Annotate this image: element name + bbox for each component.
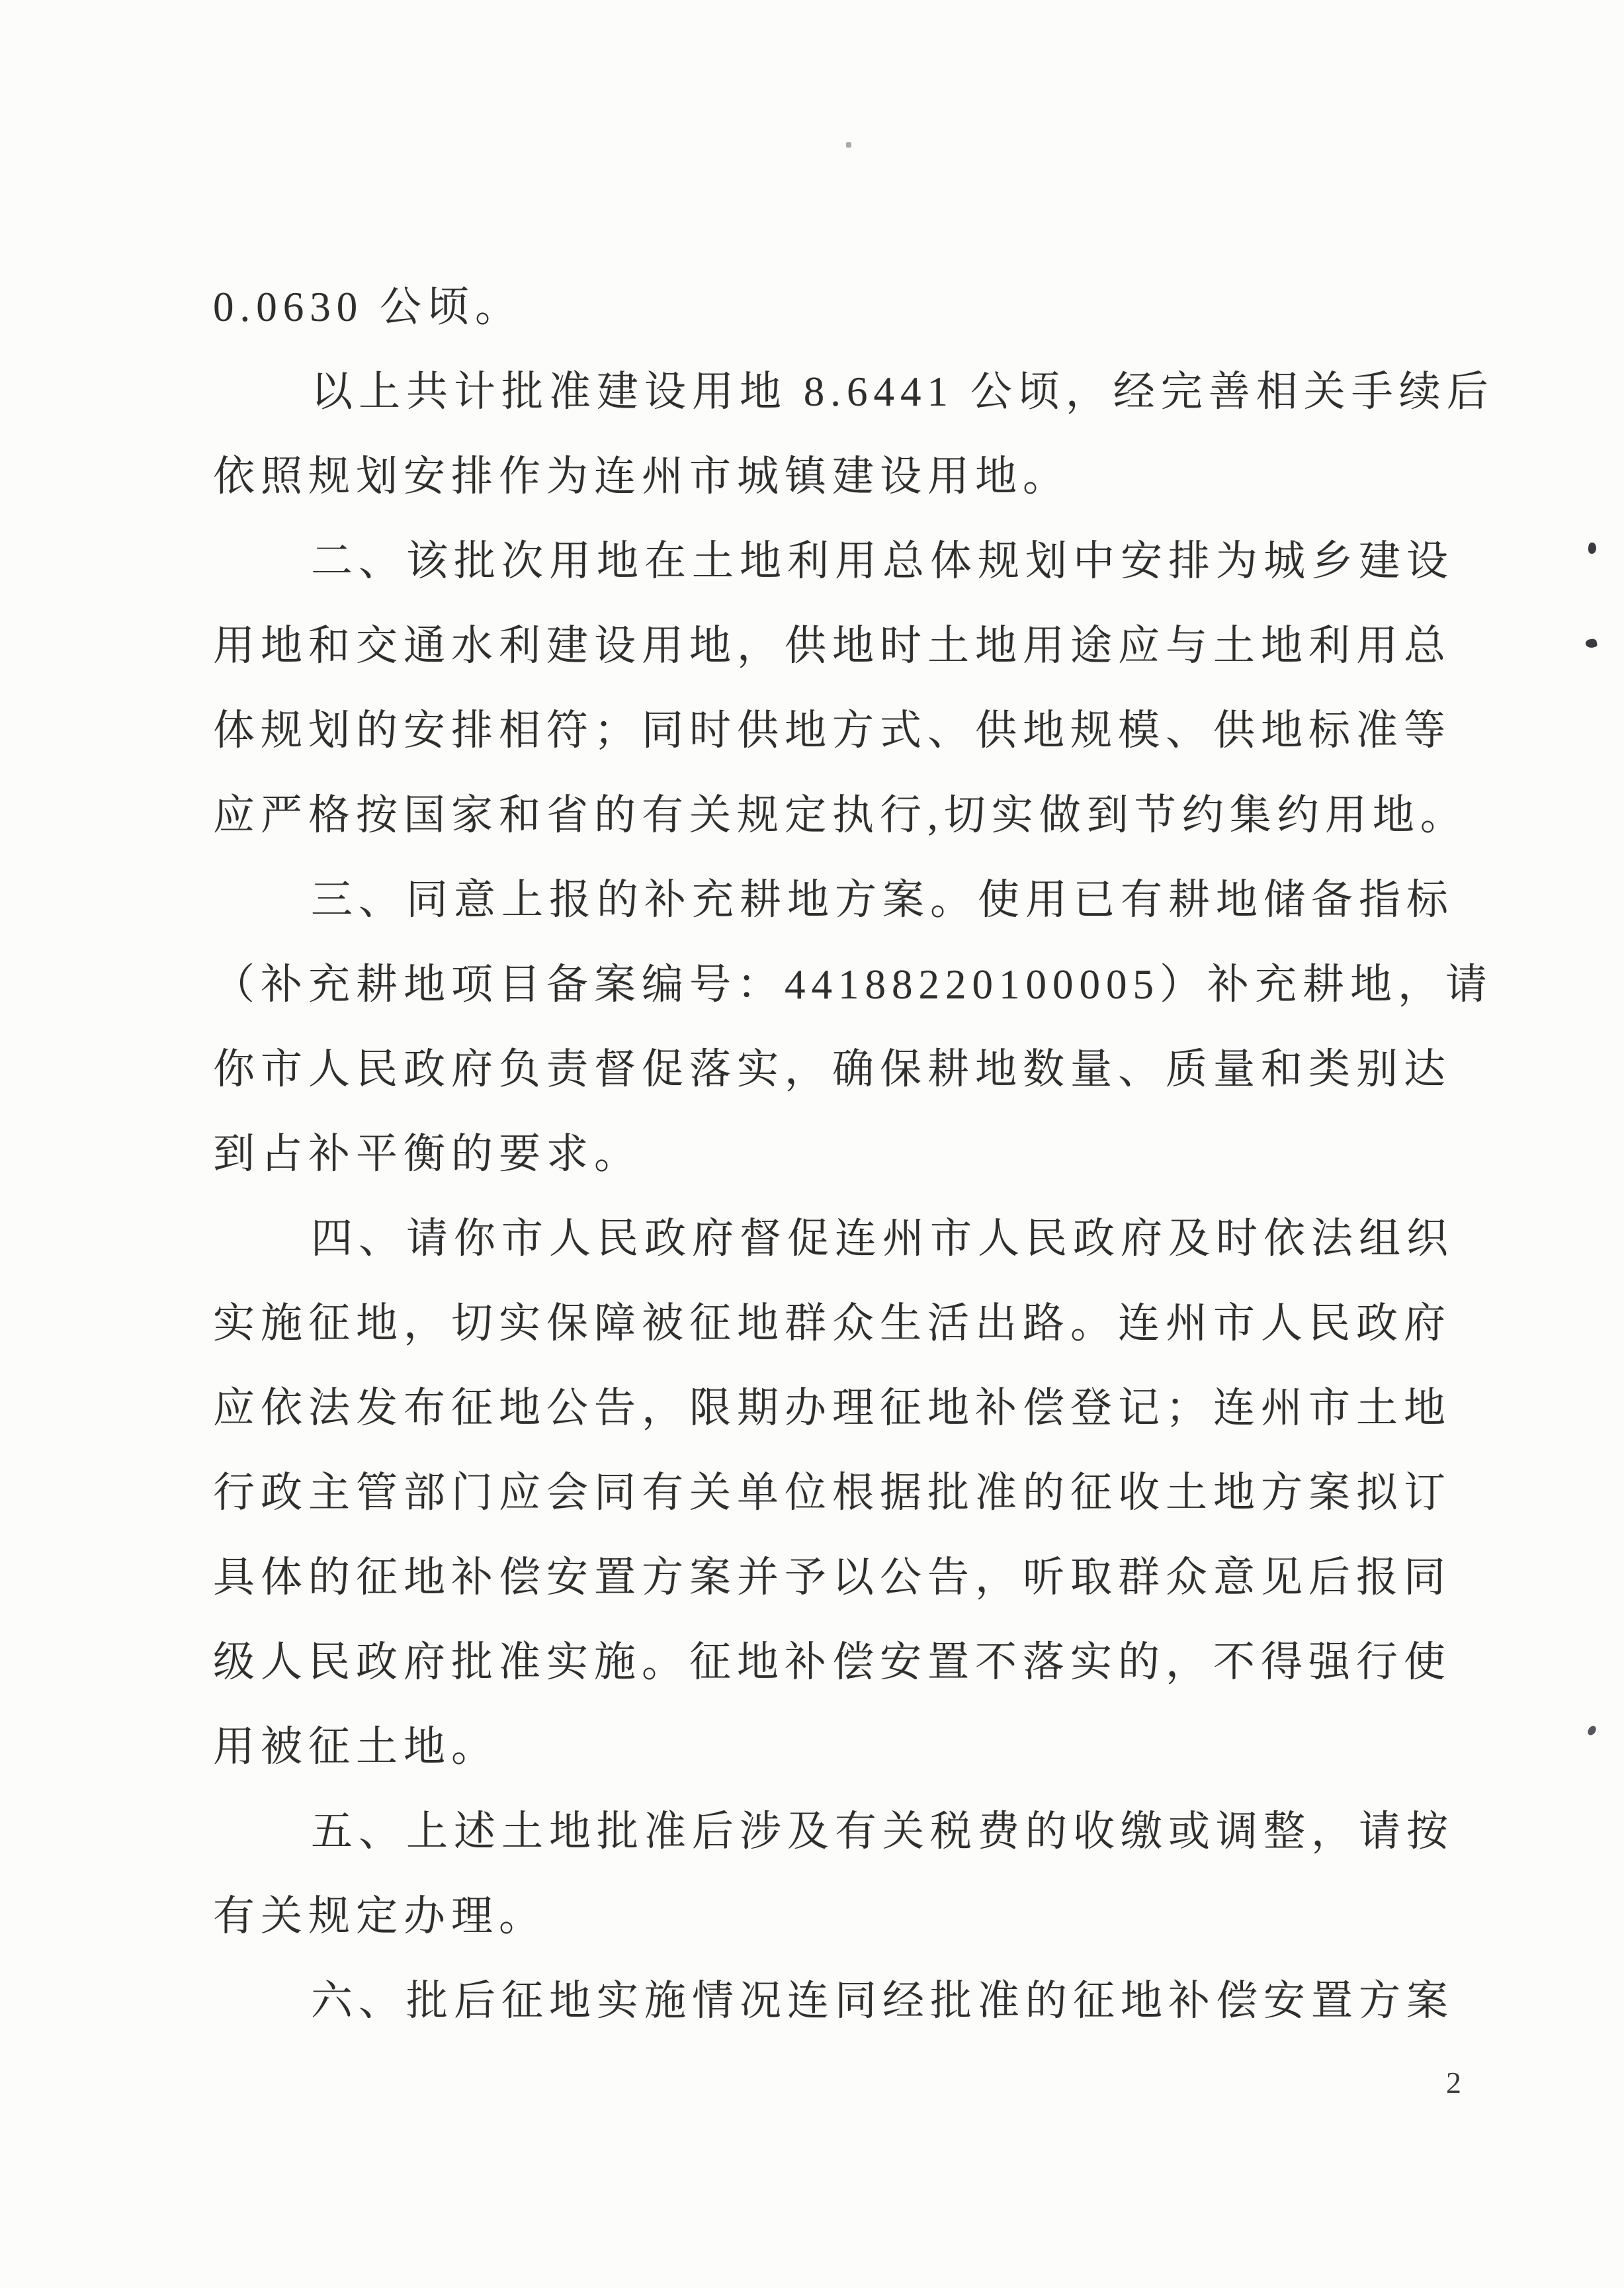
page-number: 2	[1446, 2063, 1461, 2103]
text-line: 你市人民政府负责督促落实，确保耕地数量、质量和类别达	[213, 1027, 1451, 1112]
text-line: 实施征地，切实保障被征地群众生活出路。连州市人民政府	[213, 1281, 1451, 1366]
scan-speck	[1588, 542, 1597, 554]
text-line: 五、上述土地批准后涉及有关税费的收缴或调整，请按	[213, 1789, 1451, 1874]
text-line: （补充耕地项目备案编号：44188220100005）补充耕地，请	[213, 942, 1451, 1027]
text-line: 依照规划安排作为连州市城镇建设用地。	[213, 434, 1451, 519]
text-line: 应依法发布征地公告，限期办理征地补偿登记；连州市土地	[213, 1366, 1451, 1450]
text-line: 0.0630 公顷。	[213, 265, 1451, 349]
document-body: 0.0630 公顷。 以上共计批准建设用地 8.6441 公顷，经完善相关手续后…	[213, 265, 1451, 2043]
text-line: 具体的征地补偿安置方案并予以公告，听取群众意见后报同	[213, 1535, 1451, 1620]
scan-speck	[1585, 638, 1598, 648]
scan-speck	[1587, 1725, 1597, 1737]
text-line: 用被征土地。	[213, 1704, 1451, 1789]
text-line: 体规划的安排相符；同时供地方式、供地规模、供地标准等	[213, 688, 1451, 773]
document-page: 0.0630 公顷。 以上共计批准建设用地 8.6441 公顷，经完善相关手续后…	[0, 0, 1624, 2288]
text-line: 用地和交通水利建设用地，供地时土地用途应与土地利用总	[213, 603, 1451, 688]
text-line: 二、该批次用地在土地利用总体规划中安排为城乡建设	[213, 519, 1451, 603]
text-line: 级人民政府批准实施。征地补偿安置不落实的，不得强行使	[213, 1620, 1451, 1704]
scan-speck	[846, 142, 851, 148]
text-line: 三、同意上报的补充耕地方案。使用已有耕地储备指标	[213, 858, 1451, 942]
text-line: 六、批后征地实施情况连同经批准的征地补偿安置方案	[213, 1958, 1451, 2043]
text-line: 四、请你市人民政府督促连州市人民政府及时依法组织	[213, 1196, 1451, 1281]
text-line: 到占补平衡的要求。	[213, 1112, 1451, 1196]
text-line: 以上共计批准建设用地 8.6441 公顷，经完善相关手续后	[213, 349, 1451, 434]
text-line: 应严格按国家和省的有关规定执行,切实做到节约集约用地。	[213, 773, 1451, 858]
text-line: 行政主管部门应会同有关单位根据批准的征收土地方案拟订	[213, 1450, 1451, 1535]
text-line: 有关规定办理。	[213, 1874, 1451, 1958]
